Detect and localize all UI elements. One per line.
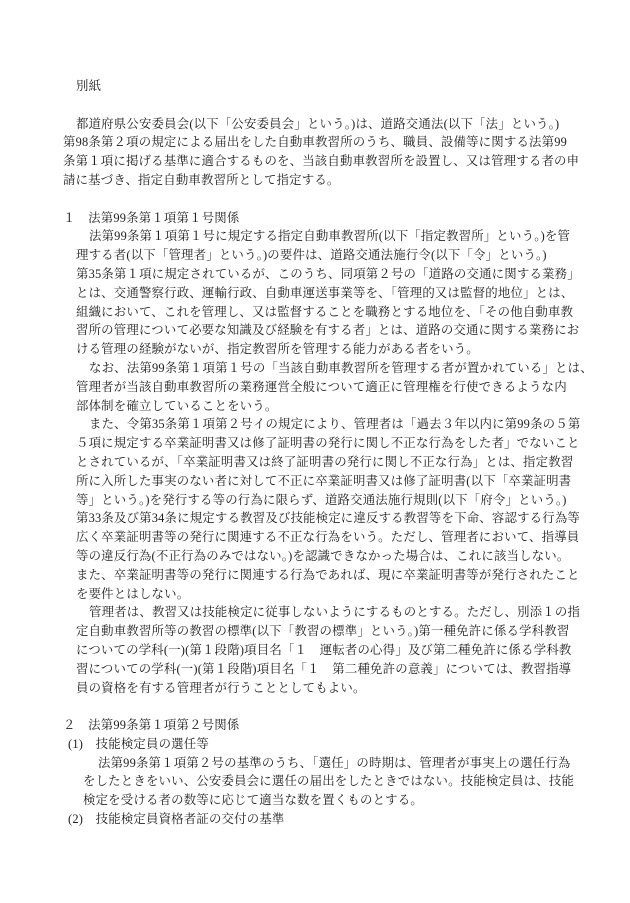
text-line: 等」という。)を発行する等の行為に限らず、道路交通法施行規則(以下「府令」という… [63,491,603,510]
text-line: 法第99条第１項第２号の基準のうち、「選任」の時期は、管理者が事実上の選任行為 [63,754,603,773]
section-1-paragraph-1: 法第99条第１項第１号に規定する指定自動車教習所(以下「指定教習所」という。)を… [63,227,603,359]
section-1: １ 法第99条第１項第１号関係 法第99条第１項第１号に規定する指定自動車教習所… [63,209,603,698]
text-line: また、卒業証明書等の発行に関連する行為であれば、現に卒業証明書等が発行されたこと [63,566,603,585]
section-2-item-2: (2) 技能検定員資格者証の交付の基準 [63,810,603,829]
text-line: ５項に規定する卒業証明書又は修了証明書の発行に関し不正な行為をした者」でないこと [63,434,603,453]
text-line: また、令第35条第１項第２号イの規定により、管理者は「過去３年以内に第99条の５… [63,415,603,434]
section-1-paragraph-4: 管理者は、教習又は技能検定に従事しないようにするものとする。ただし、別添１の指 … [63,603,603,697]
text-line: とされているが、「卒業証明書又は終了証明書の発行に関し不正な行為」とは、指定教習 [63,453,603,472]
item-2-label: (2) 技能検定員資格者証の交付の基準 [63,810,603,829]
text-line: 第35条第１項に規定されているが、このうち、同項第２号の「道路の交通に関する業務… [63,265,603,284]
text-line: 等の違反行為(不正行為のみではない。)を認識できなかった場合は、これに該当しない… [63,547,603,566]
attachment-label: 別紙 [63,77,603,96]
text-line: 定自動車教習所等の教習の標準(以下「教習の標準」という。)第一種免許に係る学科教… [63,622,603,641]
text-line: とは、交通警察行政、運輸行政、自動車運送事業等を、「管理的又は監督的地位」とは、 [63,284,603,303]
text-line: 員の資格を有する管理者が行うこととしてもよい。 [63,679,603,698]
section-2-heading: ２ 法第99条第１項第２号関係 [63,716,603,735]
text-line: 習についての学科(一)(第１段階)項目名「１ 第二種免許の意義」については、教習… [63,660,603,679]
text-line: 都道府県公安委員会(以下「公安委員会」という。)は、道路交通法(以下「法」という… [63,115,603,134]
blank-line [63,190,603,209]
blank-line [63,697,603,716]
text-line: 組織において、これを管理し、又は監督することを職務とする地位を、「その他自動車教 [63,303,603,322]
text-line: 習所の管理について必要な知識及び経験を有する者」とは、道路の交通に関する業務にお [63,321,603,340]
text-line: 理する者(以下「管理者」という。)の要件は、道路交通法施行令(以下「令」という。… [63,246,603,265]
text-line: についての学科(一)(第１段階)項目名「１ 運転者の心得」及び第二種免許に係る学… [63,641,603,660]
section-1-paragraph-3: また、令第35条第１項第２号イの規定により、管理者は「過去３年以内に第99条の５… [63,415,603,603]
text-line: を要件とはしない。 [63,585,603,604]
text-line: をしたときをいい、公安委員会に選任の届出をしたときではない。技能検定員は、技能 [63,772,603,791]
intro-paragraph: 都道府県公安委員会(以下「公安委員会」という。)は、道路交通法(以下「法」という… [63,115,603,190]
text-line: 第98条第２項の規定による届出をした自動車教習所のうち、職員、設備等に関する法第… [63,133,603,152]
text-line: 広く卒業証明書等の発行に関連する不正な行為をいう。ただし、管理者において、指導員 [63,528,603,547]
text-line: なお、法第99条第１項第１号の「当該自動車教習所を管理する者が置かれている」とは… [63,359,603,378]
text-line: 法第99条第１項第１号に規定する指定自動車教習所(以下「指定教習所」という。)を… [63,227,603,246]
item-1-label: (1) 技能検定員の選任等 [63,735,603,754]
text-line: ける管理の経験がないが、指定教習所を管理する能力がある者をいう。 [63,340,603,359]
text-line: 部体制を確立していることをいう。 [63,397,603,416]
text-line: 条第１項に掲げる基準に適合するものを、当該自動車教習所を設置し、又は管理する者の… [63,152,603,171]
section-2-item-1: (1) 技能検定員の選任等 法第99条第１項第２号の基準のうち、「選任」の時期は… [63,735,603,810]
section-2: ２ 法第99条第１項第２号関係 (1) 技能検定員の選任等 法第99条第１項第２… [63,716,603,829]
text-line: 検定を受ける者の数等に応じて適当な数を置くものとする。 [63,791,603,810]
text-line: 管理者は、教習又は技能検定に従事しないようにするものとする。ただし、別添１の指 [63,603,603,622]
text-line: 第33条及び第34条に規定する教習及び技能検定に違反する教習等を下命、容認する行… [63,509,603,528]
section-1-heading: １ 法第99条第１項第１号関係 [63,209,603,228]
text-line: 所に入所した事実のない者に対して不正に卒業証明書又は修了証明書(以下「卒業証明書 [63,472,603,491]
text-line: 請に基づき、指定自動車教習所として指定する。 [63,171,603,190]
section-1-paragraph-2: なお、法第99条第１項第１号の「当該自動車教習所を管理する者が置かれている」とは… [63,359,603,415]
page: 別紙 都道府県公安委員会(以下「公安委員会」という。)は、道路交通法(以下「法」… [0,0,630,903]
blank-line [63,96,603,115]
document-body: 別紙 都道府県公安委員会(以下「公安委員会」という。)は、道路交通法(以下「法」… [63,77,603,829]
text-line: 管理者が当該自動車教習所の業務運営全般について適正に管理権を行使できるような内 [63,378,603,397]
